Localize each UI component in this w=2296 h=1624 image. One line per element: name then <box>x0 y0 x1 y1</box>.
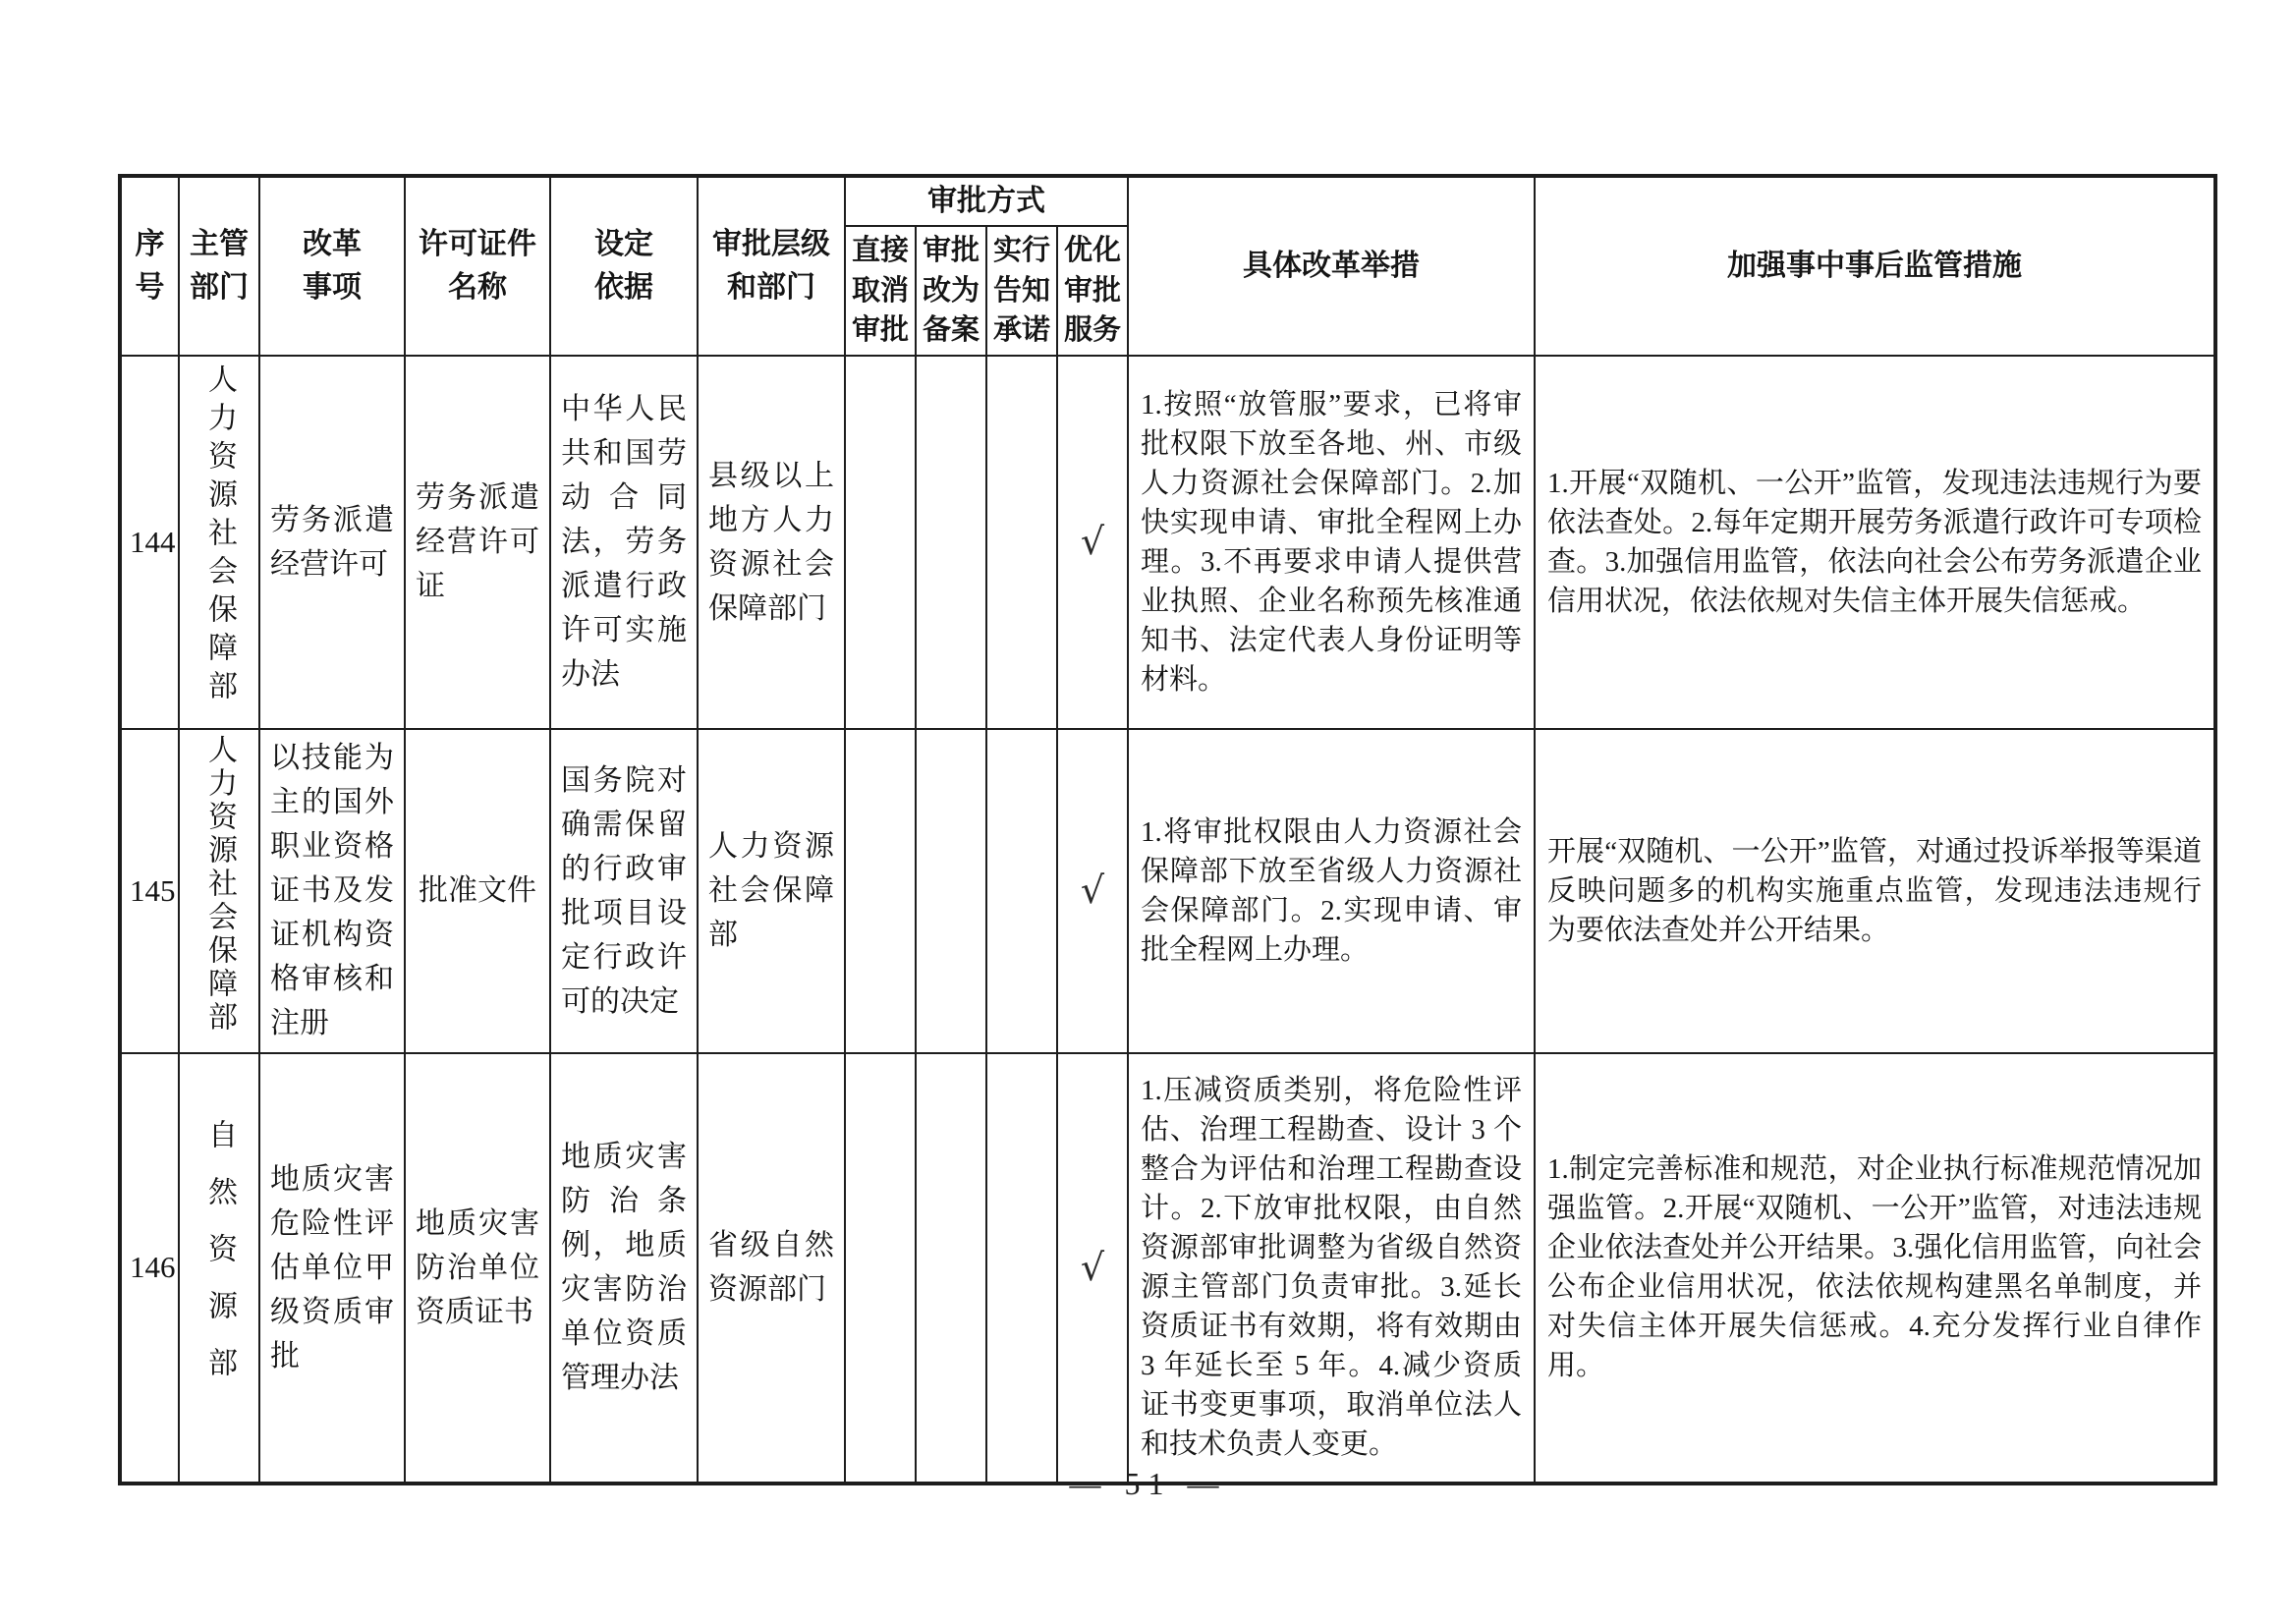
cell-serial: 146 <box>120 1053 179 1484</box>
cell-supervision-measures: 开展“双随机、一公开”监管，对通过投诉举报等渠道反映问题多的机构实施重点监管，发… <box>1535 729 2215 1053</box>
cell-reform-item: 以技能为主的国外职业资格证书及发证机构资格审核和注册 <box>259 729 405 1053</box>
cell-check-direct-cancel <box>845 1053 916 1484</box>
department-vertical-text: 人力资源社会保障部 <box>204 364 234 708</box>
document-page: { "table": { "headers": { "serial": "序\n… <box>0 0 2296 1624</box>
cell-legal-basis: 中华人民共和国劳动合同法，劳务派遣行政许可实施办法 <box>550 356 698 729</box>
header-license-name: 许可证件 名称 <box>405 176 550 356</box>
header-serial: 序 号 <box>120 176 179 356</box>
cell-supervision-measures: 1.制定完善标准和规范，对企业执行标准规范情况加强监管。2.开展“双随机、一公开… <box>1535 1053 2215 1484</box>
header-legal-basis: 设定 依据 <box>550 176 698 356</box>
cell-check-optimize: √ <box>1057 1053 1128 1484</box>
table-row: 144 人力资源社会保障部 劳务派遣经营许可 劳务派遣经营许可证 中华人民共和国… <box>120 356 2215 729</box>
cell-check-commitment <box>986 729 1057 1053</box>
department-vertical-text: 自然资源部 <box>204 1119 234 1404</box>
header-approval-level: 审批层级 和部门 <box>698 176 845 356</box>
cell-check-commitment <box>986 356 1057 729</box>
cell-check-to-filing <box>916 1053 986 1484</box>
cell-reform-item: 劳务派遣经营许可 <box>259 356 405 729</box>
cell-check-optimize: √ <box>1057 729 1128 1053</box>
header-to-filing: 审批 改为 备案 <box>916 226 986 356</box>
cell-legal-basis: 地质灾害防治条例，地质灾害防治单位资质管理办法 <box>550 1053 698 1484</box>
cell-serial: 145 <box>120 729 179 1053</box>
header-reform-item: 改革 事项 <box>259 176 405 356</box>
header-optimize-service: 优化 审批 服务 <box>1057 226 1128 356</box>
department-vertical-text: 人力资源社会保障部 <box>204 734 234 1035</box>
header-department: 主管 部门 <box>179 176 259 356</box>
cell-reform-measures: 1.压减资质类别，将危险性评估、治理工程勘查、设计 3 个整合为评估和治理工程勘… <box>1128 1053 1535 1484</box>
cell-approval-level: 人力资源社会保障部 <box>698 729 845 1053</box>
cell-department: 人力资源社会保障部 <box>179 356 259 729</box>
cell-check-optimize: √ <box>1057 356 1128 729</box>
cell-check-commitment <box>986 1053 1057 1484</box>
header-notification-commitment: 实行 告知 承诺 <box>986 226 1057 356</box>
cell-approval-level: 县级以上地方人力资源社会保障部门 <box>698 356 845 729</box>
cell-reform-measures: 1.按照“放管服”要求，已将审批权限下放至各地、州、市级人力资源社会保障部门。2… <box>1128 356 1535 729</box>
cell-license-name: 劳务派遣经营许可证 <box>405 356 550 729</box>
header-supervision-measures: 加强事中事后监管措施 <box>1535 176 2215 356</box>
cell-legal-basis: 国务院对确需保留的行政审批项目设定行政许可的决定 <box>550 729 698 1053</box>
cell-approval-level: 省级自然资源部门 <box>698 1053 845 1484</box>
cell-department: 人力资源社会保障部 <box>179 729 259 1053</box>
header-reform-measures: 具体改革举措 <box>1128 176 1535 356</box>
page-number: — 51 — <box>0 1466 2296 1502</box>
table-row: 146 自然资源部 地质灾害危险性评估单位甲级资质审批 地质灾害防治单位资质证书… <box>120 1053 2215 1484</box>
cell-license-name: 批准文件 <box>405 729 550 1053</box>
table-row: 145 人力资源社会保障部 以技能为主的国外职业资格证书及发证机构资格审核和注册… <box>120 729 2215 1053</box>
cell-check-to-filing <box>916 356 986 729</box>
cell-department: 自然资源部 <box>179 1053 259 1484</box>
cell-serial: 144 <box>120 356 179 729</box>
cell-license-name: 地质灾害防治单位资质证书 <box>405 1053 550 1484</box>
cell-reform-measures: 1.将审批权限由人力资源社会保障部下放至省级人力资源社会保障部门。2.实现申请、… <box>1128 729 1535 1053</box>
cell-check-direct-cancel <box>845 356 916 729</box>
cell-check-direct-cancel <box>845 729 916 1053</box>
cell-check-to-filing <box>916 729 986 1053</box>
cell-supervision-measures: 1.开展“双随机、一公开”监管，发现违法违规行为要依法查处。2.每年定期开展劳务… <box>1535 356 2215 729</box>
approval-reform-table: 序 号 主管 部门 改革 事项 许可证件 名称 设定 依据 审批层级 和部门 审… <box>118 174 2217 1485</box>
header-direct-cancel: 直接 取消 审批 <box>845 226 916 356</box>
cell-reform-item: 地质灾害危险性评估单位甲级资质审批 <box>259 1053 405 1484</box>
header-approval-mode-group: 审批方式 <box>845 176 1128 226</box>
